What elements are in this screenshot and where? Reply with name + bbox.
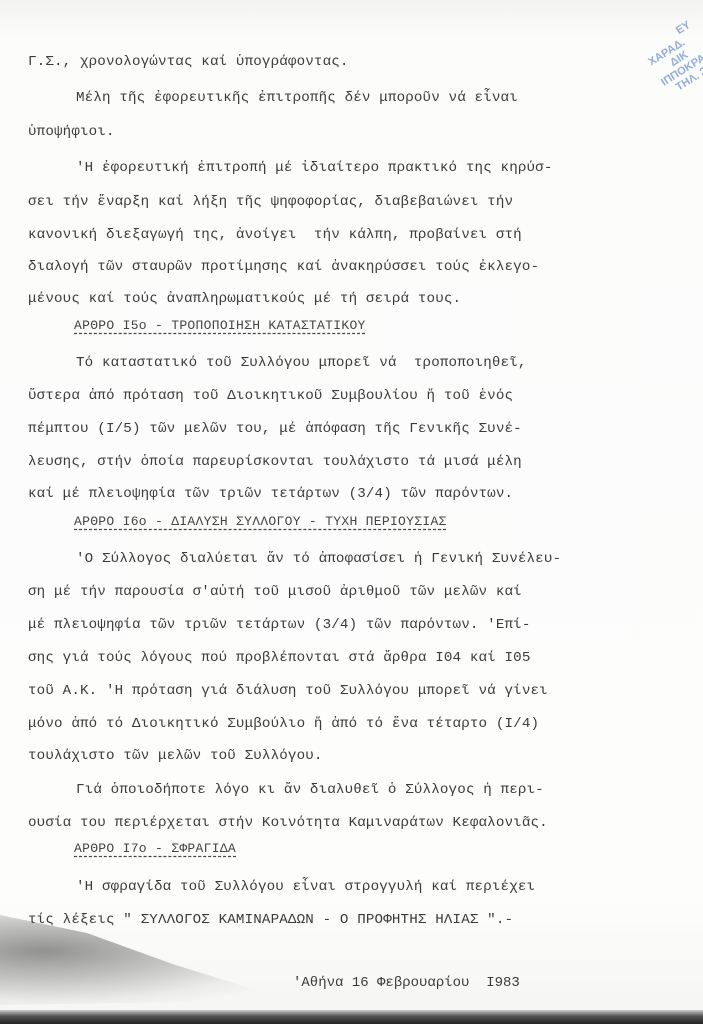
text-line: τουλάχιστο τῶν μελῶν τοῦ Συλλόγου. <box>28 748 323 764</box>
text-line: ουσία του περιέρχεται στήν Κοινότητα Καμ… <box>28 815 548 831</box>
document-page: ΕΥ ΧΑΡΑΔ. ΔΙΚ ΙΠΠΟΚΡΑ ΤΗΛ. 2 Γ.Σ., χρονο… <box>0 0 703 1010</box>
text-line: τίς λέξεις " ΣΥΛΛΟΓΟΣ ΚΑΜΙΝΑΡΑΔΩΝ - Ο ΠΡ… <box>28 912 513 928</box>
article-16-heading: ΑΡΘΡΟ Ι6ο - ΔΙΑΛΥΣΗ ΣΥΛΛΟΓΟΥ - ΤΥΧΗ ΠΕΡΙ… <box>74 514 447 529</box>
text-line: Γιά ὁποιοδήποτε λόγο κι ἄν διαλυθεῖ ὁ Σύ… <box>76 782 544 798</box>
text-line: 'Ο Σύλλογος διαλύεται ἄν τό ἀποφασίσει ἡ… <box>76 551 561 567</box>
text-line: καί μέ πλειοψηφία τῶν τριῶν τετάρτων (3/… <box>28 486 513 502</box>
text-line: τοῦ Α.Κ. 'Η πρόταση γιά διάλυση τοῦ Συλλ… <box>28 683 548 699</box>
scan-smudge <box>0 915 290 1005</box>
article-15-heading: ΑΡΘΡΟ Ι5ο - ΤΡΟΠΟΠΟΙΗΣΗ ΚΑΤΑΣΤΑΤΙΚΟΥ <box>74 318 366 333</box>
text-line: μέ πλειοψηφία τῶν τριῶν τετάρτων (3/4) τ… <box>28 617 531 633</box>
blue-office-stamp: ΕΥ ΧΑΡΑΔ. ΔΙΚ ΙΠΠΟΚΡΑ ΤΗΛ. 2 <box>640 11 703 116</box>
text-line: ὕστερα ἀπό πρόταση τοῦ Διοικητικοῦ Συμβο… <box>28 388 513 404</box>
text-line: ση μέ τήν παρουσία σ'αὐτή τοῦ μισοῦ ἀριθ… <box>28 584 522 600</box>
text-line: κανονική διεξαγωγή της, ἀνοίγει τήν κάλπ… <box>28 227 522 243</box>
text-line: Τό καταστατικό τοῦ Συλλόγου μπορεῖ νά τρ… <box>76 355 527 371</box>
text-line: πέμπτου (Ι/5) τῶν μελῶν του, μέ ἀπόφαση … <box>28 421 522 437</box>
text-line: μένους καί τούς ἀναπληρωματικούς μέ τή σ… <box>28 291 461 307</box>
text-line: 'Η σφραγίδα τοῦ Συλλόγου εἶναι στρογγυλή… <box>76 879 535 895</box>
place-date-line: 'Αθήνα 16 Φεβρουαρίου Ι983 <box>293 975 520 991</box>
text-line: μόνο ἀπό τό Διοικητικό Συμβούλιο ἤ ἀπό τ… <box>28 716 539 732</box>
text-line: Γ.Σ., χρονολογώντας καί ὑπογράφοντας. <box>28 54 349 70</box>
text-line: διαλογή τῶν σταυρῶν προτίμησης καί ἀνακη… <box>28 259 539 275</box>
text-line: σει τήν ἔναρξη καί λήξη τῆς ψηφοφορίας, … <box>28 194 513 210</box>
text-line: ὑποψήφιοι. <box>28 124 115 140</box>
text-line: Μέλη τῆς ἐφορευτικῆς ἐπιτροπῆς δέν μπορο… <box>76 90 518 106</box>
text-line: σης γιά τούς λόγους πού προβλέπονται στά… <box>28 650 531 666</box>
article-17-heading: ΑΡΘΡΟ Ι7ο - ΣΦΡΑΓΙΔΑ <box>74 841 236 856</box>
text-line: 'Η ἐφορευτική ἐπιτροπή μέ ἰδιαίτερο πρακ… <box>76 160 553 176</box>
scan-bottom-edge <box>0 1010 703 1024</box>
text-line: λευσης, στήν ὁποία παρευρίσκονται τουλάχ… <box>28 454 522 470</box>
